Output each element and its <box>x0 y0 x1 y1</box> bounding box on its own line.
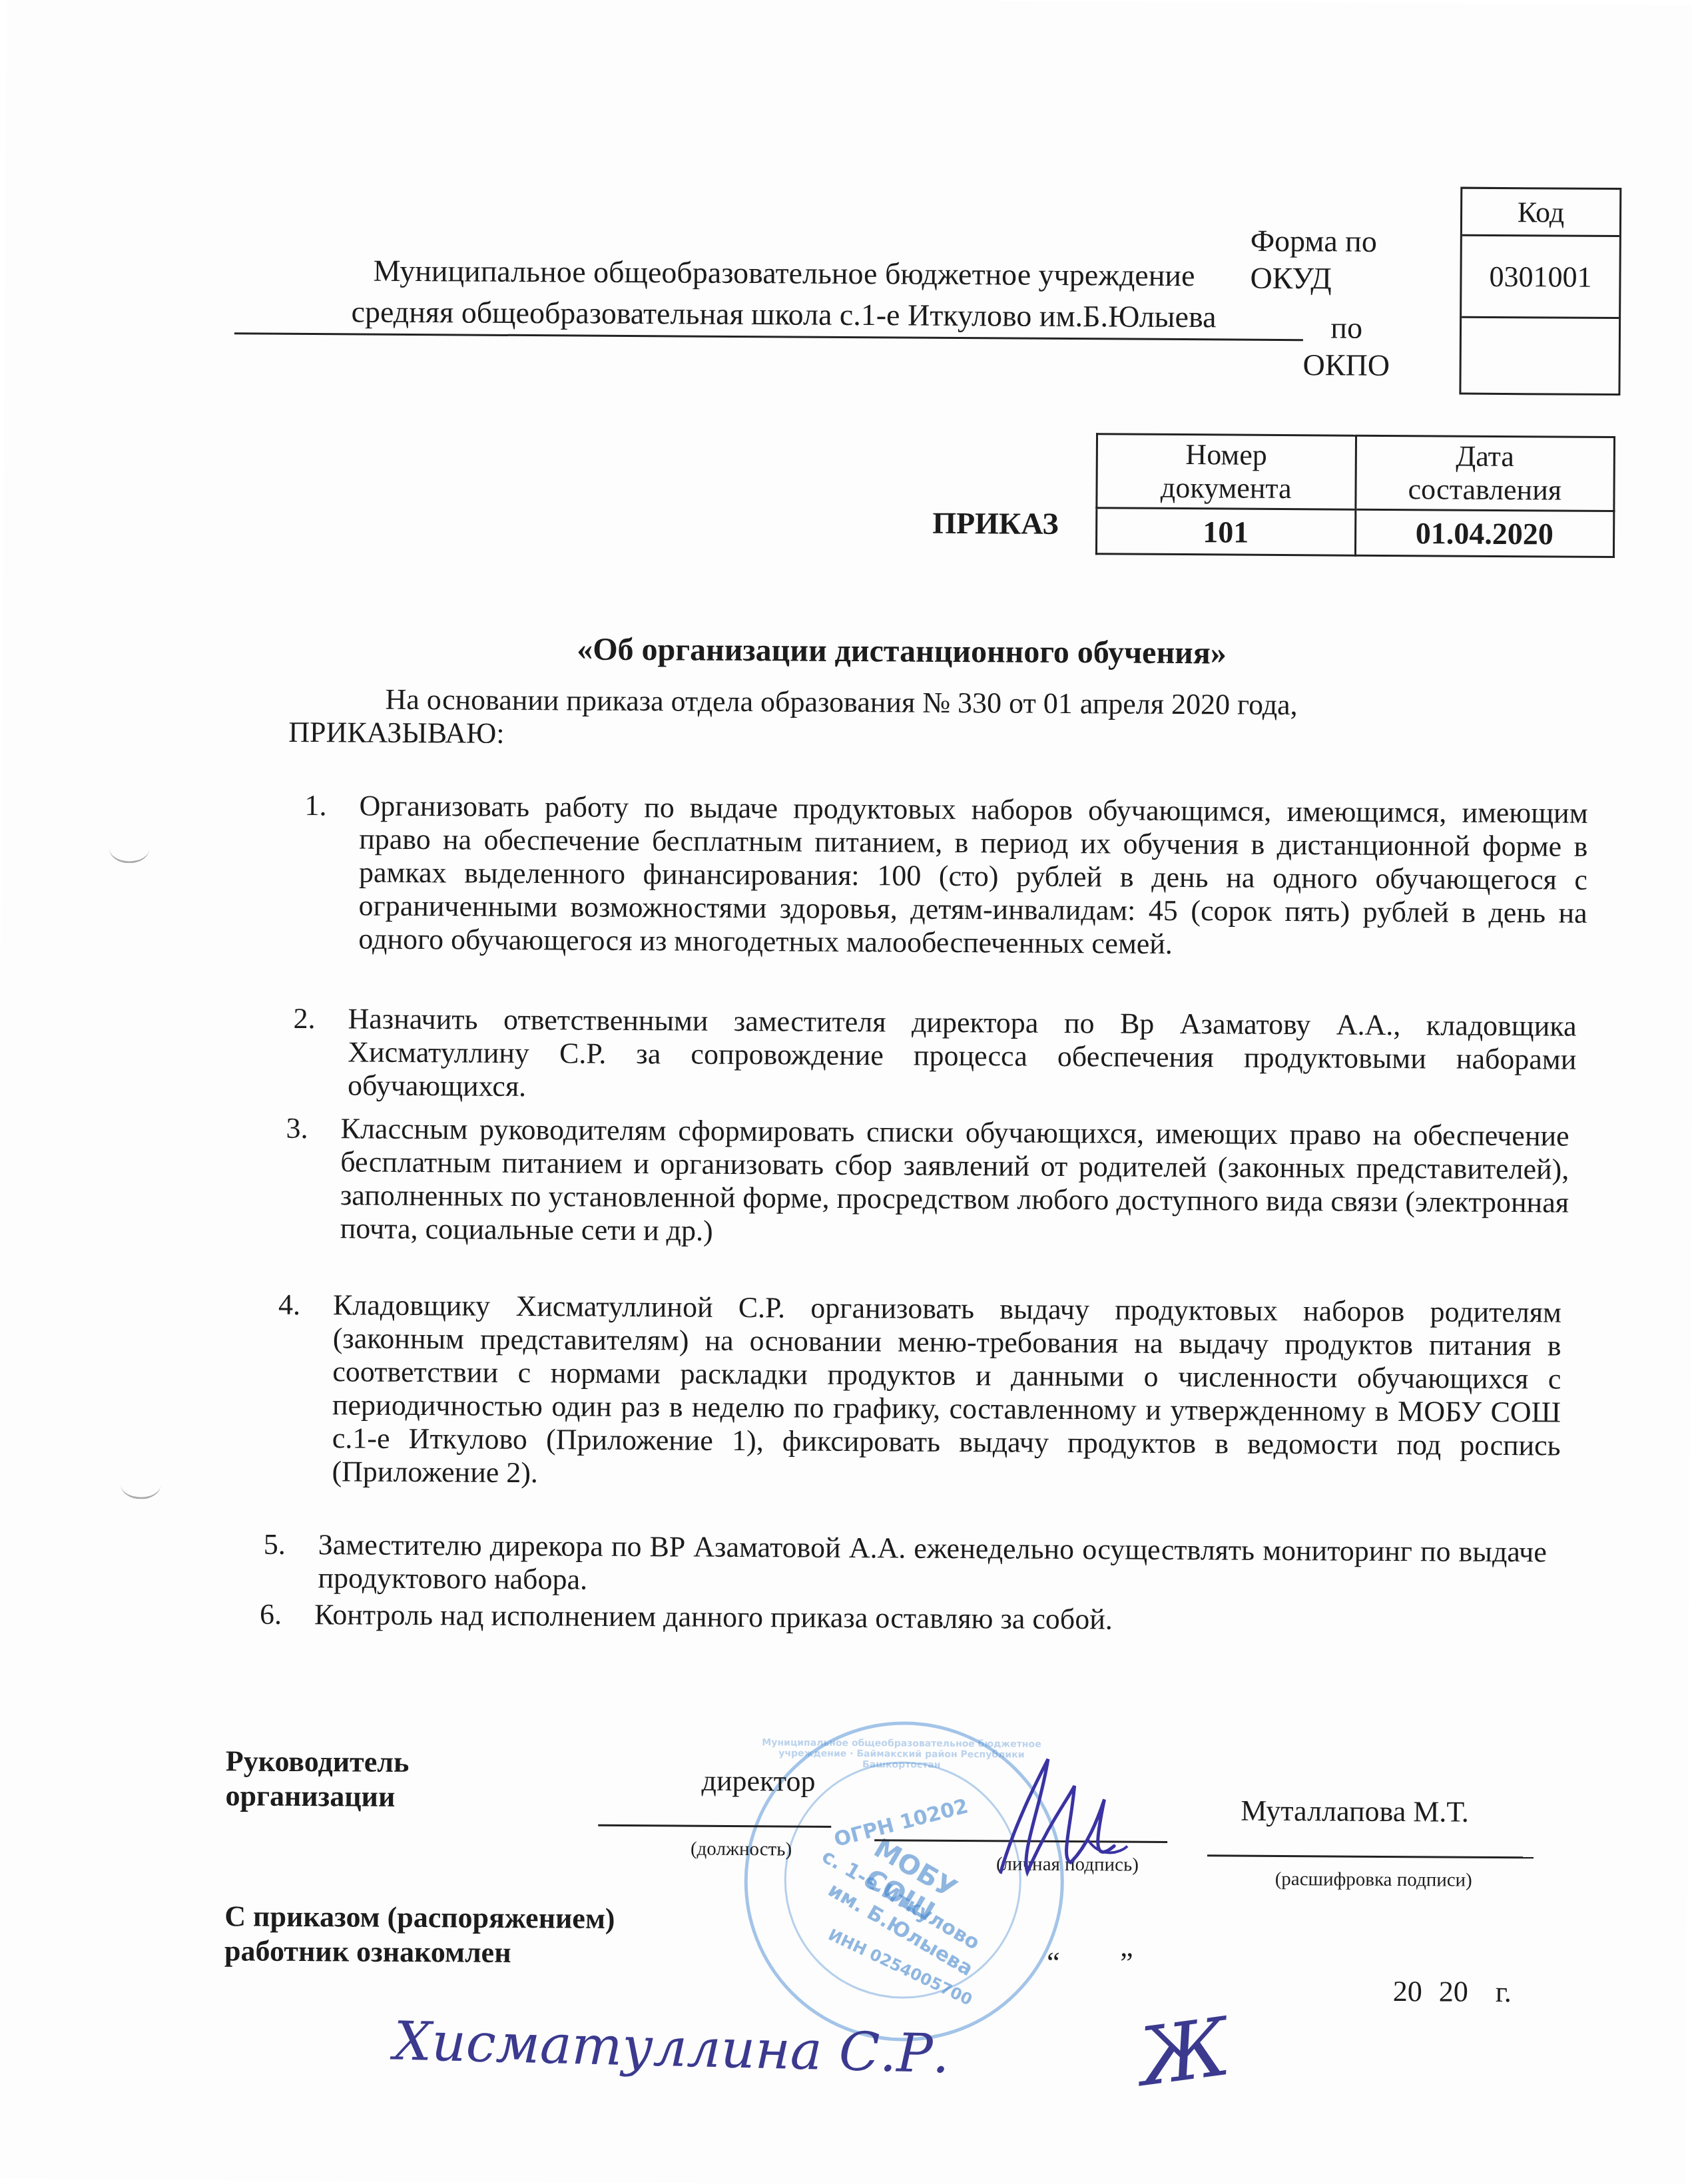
handwritten-employee-name: Хисматуллина С.Р. <box>393 2010 950 2085</box>
caption-name: (расшифровка подписи) <box>1234 1868 1514 1892</box>
order-item-1: 1. Организовать работу по выдаче продукт… <box>305 789 1590 797</box>
head-label-line-1: Руководитель <box>226 1744 410 1780</box>
caption-position: (должность) <box>668 1838 814 1860</box>
item-number: 2. <box>294 1002 334 1035</box>
order-item-5: 5. Заместителю дирекора по ВР Азаматовой… <box>264 1528 1549 1536</box>
year-prefix: 20 <box>1393 1975 1422 2008</box>
document-page: Муниципальное общеобразовательное бюджет… <box>0 0 1692 2184</box>
item-text: Контроль над исполнением данного приказа… <box>314 1598 1543 1639</box>
item-number: 6. <box>260 1598 300 1631</box>
year-unit: г. <box>1496 1976 1512 2008</box>
ack-label-line-1: С приказом (распоряжением) <box>224 1899 615 1936</box>
order-item-4: 4. Кладовщику Хисматуллиной С.Р. организ… <box>278 1288 1563 1296</box>
position-value: директор <box>702 1764 816 1798</box>
head-label: Руководитель организации <box>225 1744 409 1814</box>
item-number: 3. <box>286 1112 326 1145</box>
item-text: Заместителю дирекора по ВР Азаматовой А.… <box>318 1528 1547 1602</box>
order-item-3: 3. Классным руководителям сформировать с… <box>286 1112 1571 1120</box>
year-suffix: 20 <box>1439 1975 1468 2008</box>
item-text: Классным руководителям сформировать спис… <box>340 1112 1569 1252</box>
handwritten-employee-initials: Ж <box>1134 2001 1235 2105</box>
item-text: Назначить ответственными заместителя дир… <box>348 1002 1577 1109</box>
item-number: 1. <box>304 789 344 822</box>
director-signature-icon <box>954 1745 1155 1906</box>
acknowledgment-label: С приказом (распоряжением) работник озна… <box>224 1899 615 1971</box>
signer-name: Муталлапова М.Т. <box>1241 1794 1469 1829</box>
ack-label-line-2: работник ознакомлен <box>224 1934 615 1971</box>
date-close-quote: ” <box>1120 1946 1133 1980</box>
item-number: 4. <box>278 1288 318 1322</box>
item-number: 5. <box>264 1528 304 1561</box>
ack-year: 20 20 г. <box>1393 1974 1512 2009</box>
date-open-quote: “ <box>1047 1946 1060 1980</box>
item-text: Кладовщику Хисматуллиной С.Р. организова… <box>332 1288 1561 1496</box>
order-item-2: 2. Назначить ответственными заместителя … <box>294 1002 1579 1010</box>
head-label-line-2: организации <box>225 1778 409 1814</box>
item-text: Организовать работу по выдаче продуктовы… <box>358 790 1587 963</box>
